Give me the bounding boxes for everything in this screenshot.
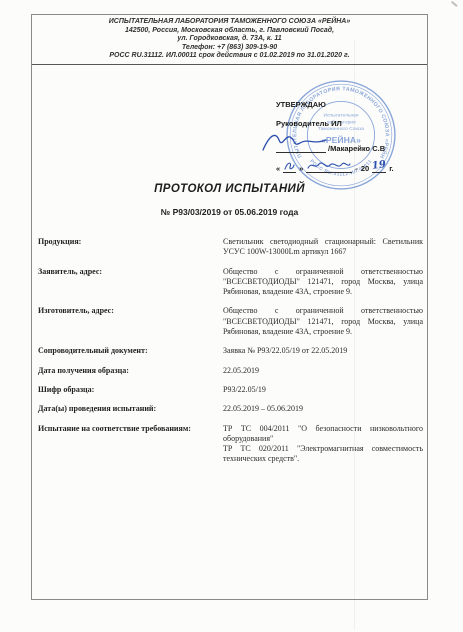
field-value-line: Общество с ограниченной ответственностью… (223, 306, 423, 337)
lab-name: ИСПЫТАТЕЛЬНАЯ ЛАБОРАТОРИЯ ТАМОЖЕННОГО СО… (40, 18, 419, 27)
field-label: Продукция: (38, 237, 223, 258)
field-row: Продукция:Светильник светодиодный стацио… (38, 237, 423, 258)
field-value: Общество с ограниченной ответственностью… (223, 267, 423, 298)
handwritten-day (283, 159, 296, 172)
field-label: Заявитель, адрес: (38, 267, 223, 298)
date-day-blank (283, 161, 296, 173)
field-value: Р93/22.05/19 (223, 385, 423, 395)
field-value: Светильник светодиодный стационарный: Св… (223, 237, 423, 258)
lab-accreditation: РОСС RU.31112. ИЛ.00011 срок действия с … (40, 52, 419, 61)
field-row: Дата(ы) проведения испытаний:22.05.2019 … (38, 404, 423, 414)
scanned-document-page: ИСПЫТАТЕЛЬНАЯ ЛАБОРАТОРИЯ ТАМОЖЕННОГО СО… (0, 0, 463, 632)
date-month-blank (306, 161, 352, 173)
field-label: Дата(ы) проведения испытаний: (38, 404, 223, 414)
field-value: 22.05.2019 (223, 366, 423, 376)
field-value: Общество с ограниченной ответственностью… (223, 306, 423, 337)
field-label: Дата получения образца: (38, 366, 223, 376)
field-value-line: Р93/22.05/19 (223, 385, 423, 395)
signature-line (276, 139, 326, 153)
lab-phone: Телефон: +7 (863) 309-19-90 (40, 44, 419, 53)
document-border-box: ИСПЫТАТЕЛЬНАЯ ЛАБОРАТОРИЯ ТАМОЖЕННОГО СО… (31, 14, 428, 600)
field-value: Заявка № Р93/22.05/19 от 22.05.2019 (223, 346, 423, 356)
date-open-quote: « (276, 164, 280, 173)
lab-address-line2: ул. Городковская, д. 73А, к. 11 (40, 35, 419, 44)
field-value-line: 22.05.2019 (223, 366, 423, 376)
date-year-blank: 19 (372, 161, 386, 173)
field-value-line: ТР ТС 004/2011 "О безопасности низковоль… (223, 424, 423, 445)
field-row: Дата получения образца:22.05.2019 (38, 366, 423, 376)
fields-table: Продукция:Светильник светодиодный стацио… (38, 237, 423, 474)
field-row: Шифр образца:Р93/22.05/19 (38, 385, 423, 395)
field-label: Изготовитель, адрес: (38, 306, 223, 337)
field-value-line: Светильник светодиодный стационарный: Св… (223, 237, 423, 258)
handwritten-signature (260, 131, 330, 155)
field-value: ТР ТС 004/2011 "О безопасности низковоль… (223, 424, 423, 465)
date-close-quote: » (299, 164, 303, 173)
field-label: Шифр образца: (38, 385, 223, 395)
date-year-printed: 20 (361, 164, 369, 173)
date-separator: - (355, 164, 358, 173)
date-year-suffix: г. (389, 164, 393, 173)
field-value: 22.05.2019 – 05.06.2019 (223, 404, 423, 414)
field-value-line: 22.05.2019 – 05.06.2019 (223, 404, 423, 414)
field-label: Испытание на соответствие требованиям: (38, 424, 223, 465)
document-title: ПРОТОКОЛ ИСПЫТАНИЙ (32, 183, 427, 195)
handwritten-year: 19 (372, 160, 387, 172)
field-value-line: Заявка № Р93/22.05/19 от 22.05.2019 (223, 346, 423, 356)
scan-corner-artifact (451, 1, 457, 7)
field-value-line: Общество с ограниченной ответственностью… (223, 267, 423, 298)
handwritten-month (306, 159, 352, 172)
field-label: Сопроводительный документ: (38, 346, 223, 356)
document-number: № Р93/03/2019 от 05.06.2019 года (32, 207, 427, 217)
scan-fold-artifact (354, 40, 355, 630)
field-row: Изготовитель, адрес:Общество с ограничен… (38, 306, 423, 337)
field-value-line: ТР ТС 020/2011 "Электромагнитная совмест… (223, 444, 423, 465)
lab-header: ИСПЫТАТЕЛЬНАЯ ЛАБОРАТОРИЯ ТАМОЖЕННОГО СО… (32, 15, 427, 65)
field-row: Испытание на соответствие требованиям:ТР… (38, 424, 423, 465)
field-row: Сопроводительный документ:Заявка № Р93/2… (38, 346, 423, 356)
signatory-name: /Макарейко С.В (328, 144, 385, 153)
field-row: Заявитель, адрес:Общество с ограниченной… (38, 267, 423, 298)
lab-address-line1: 142500, Россия, Московская область, г. П… (40, 27, 419, 36)
